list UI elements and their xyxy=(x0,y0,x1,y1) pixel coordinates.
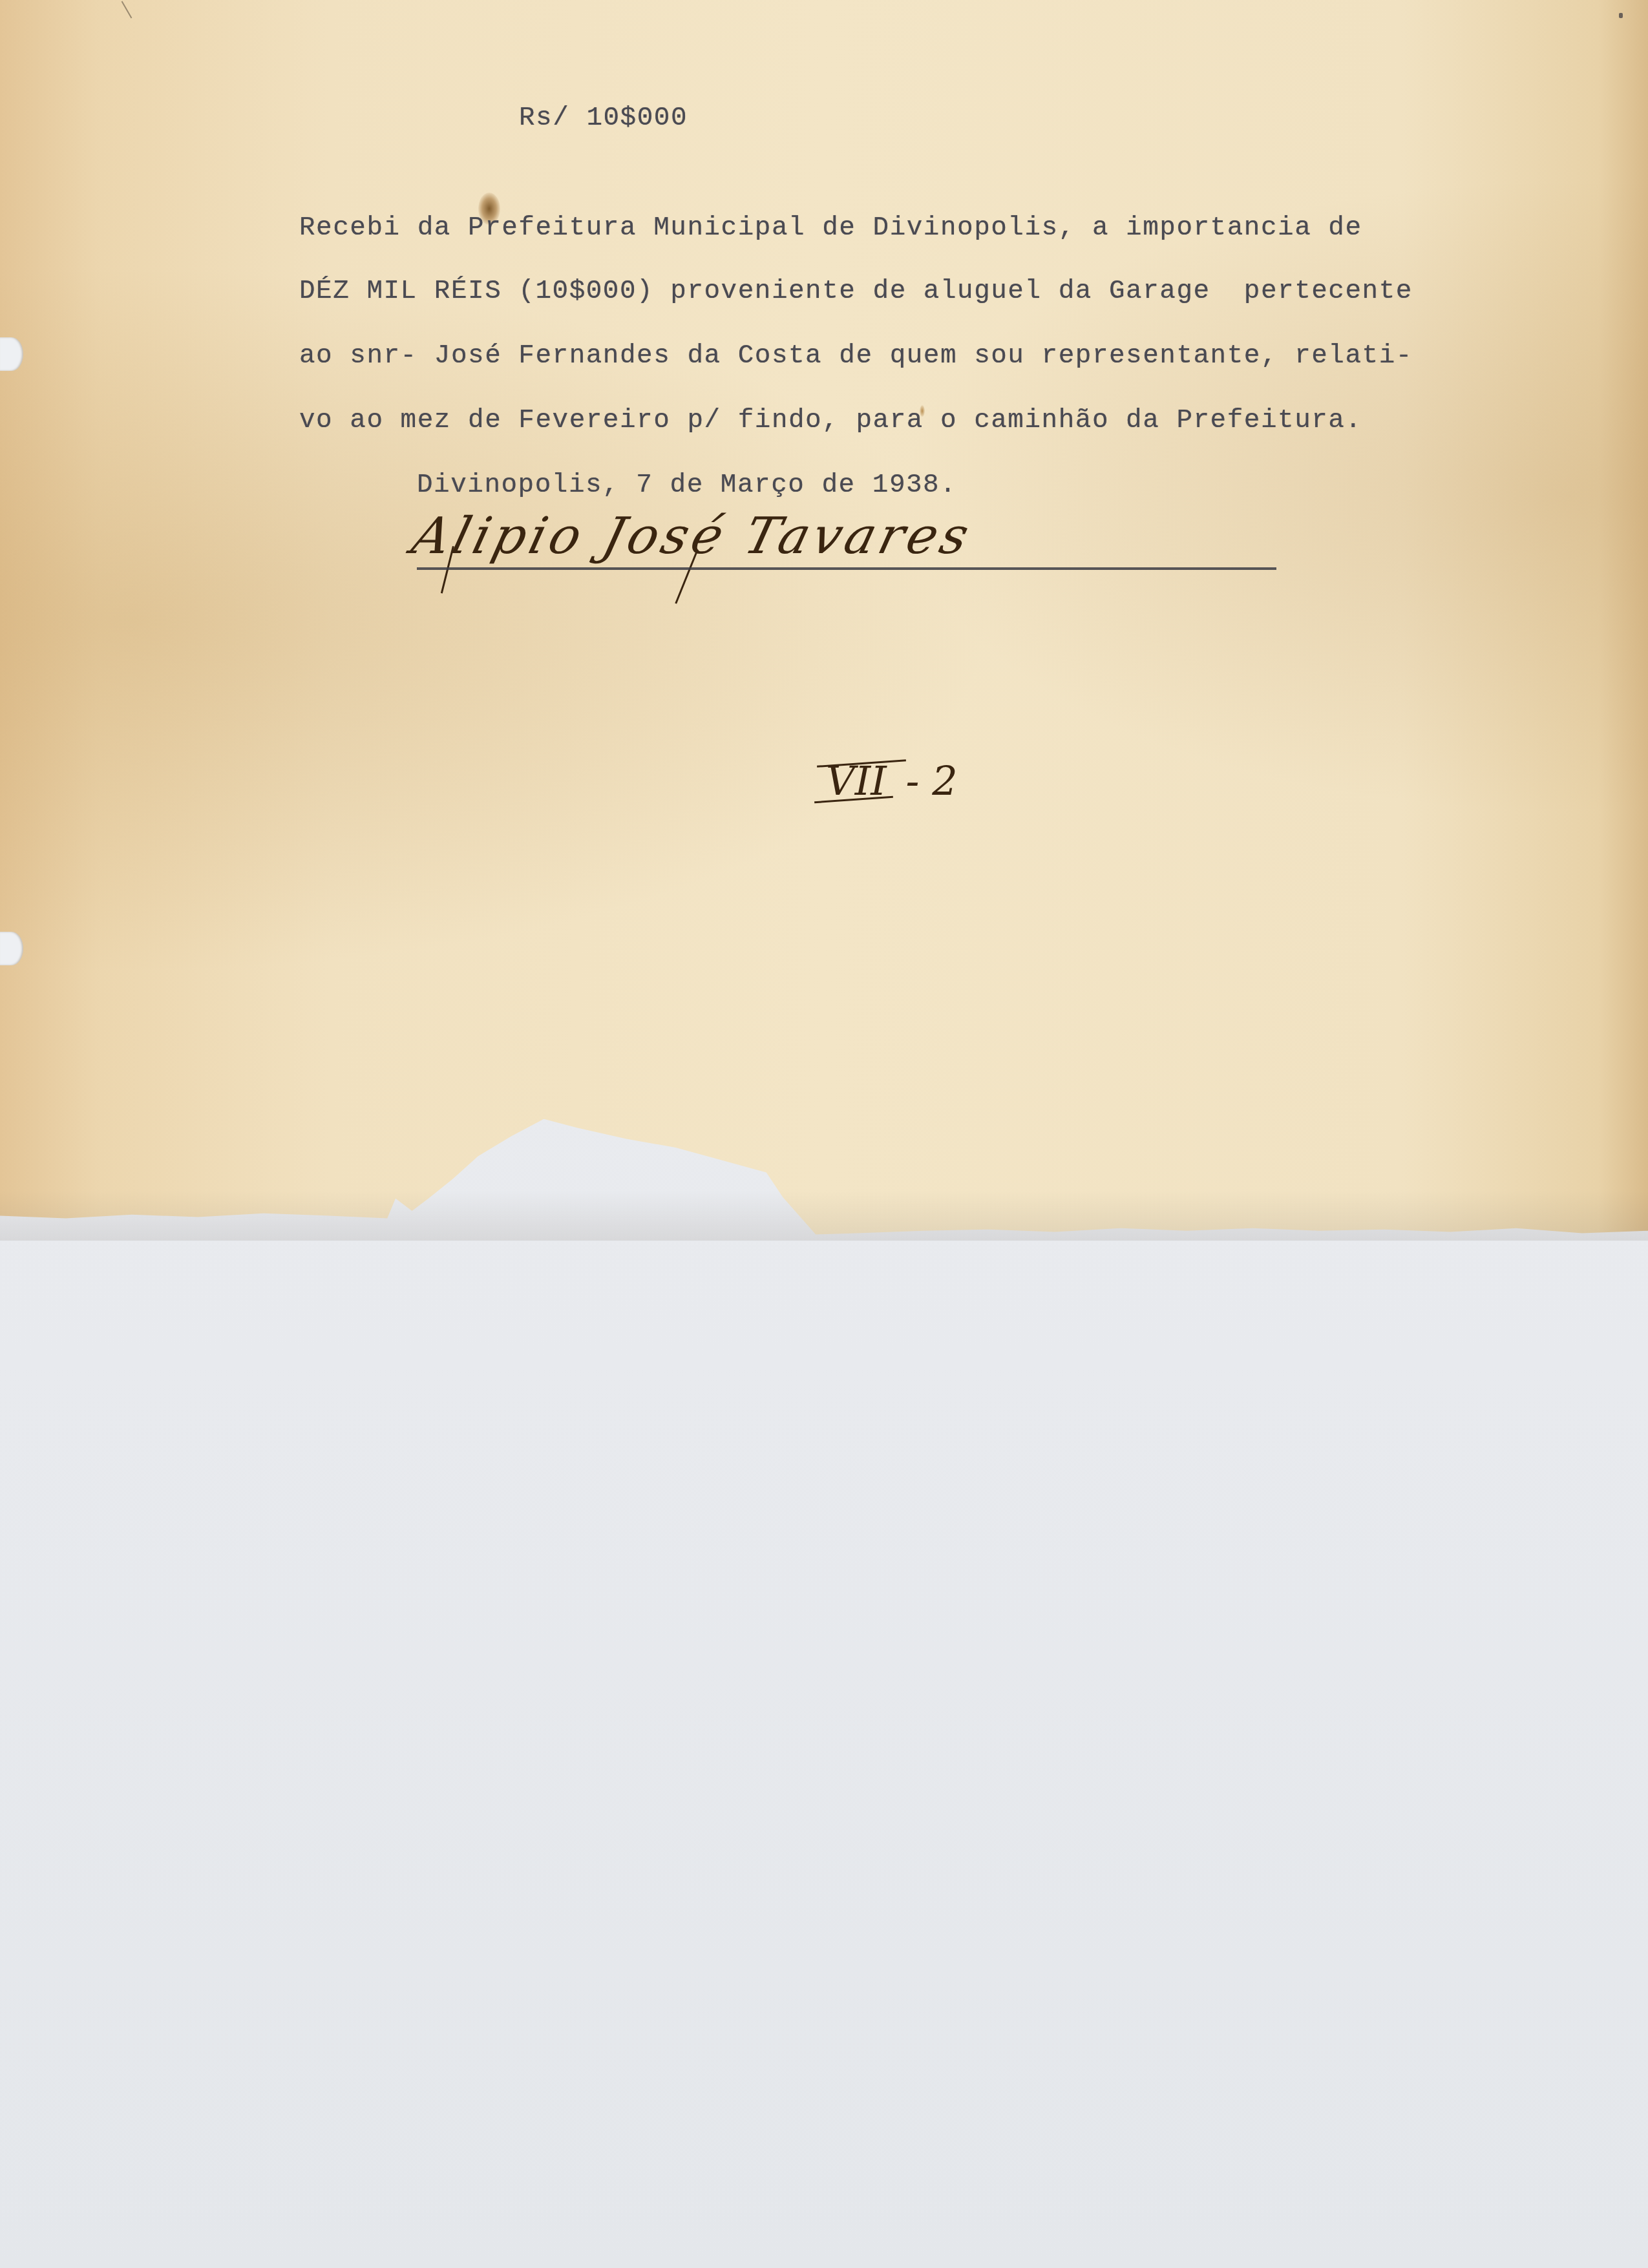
archive-code-roman: VII xyxy=(819,757,893,804)
punch-hole-bottom xyxy=(0,932,23,965)
receipt-paper xyxy=(0,0,1648,1241)
handwritten-signature: Alipio José Tavares xyxy=(407,507,978,565)
receipt-body-line-2: DÉZ MIL RÉIS (10$000) proveniente de alu… xyxy=(299,277,1413,306)
signature-line xyxy=(417,567,1276,570)
receipt-body-line-3: ao snr- José Fernandes da Costa de quem … xyxy=(299,341,1413,371)
archive-code-number: 2 xyxy=(932,757,957,804)
date-line: Divinopolis, 7 de Março de 1938. xyxy=(417,470,956,500)
receipt-body-line-4: vo ao mez de Fevereiro p/ findo, para o … xyxy=(299,406,1362,436)
punch-hole-top xyxy=(0,337,23,371)
amount-heading: Rs/ 10$000 xyxy=(519,103,688,133)
archive-code: VII - 2 xyxy=(819,757,958,804)
edge-speck xyxy=(1619,13,1623,18)
receipt-body-line-1: Recebi da Prefeitura Municipal de Divino… xyxy=(299,213,1362,243)
archive-code-separator: - xyxy=(893,757,932,804)
